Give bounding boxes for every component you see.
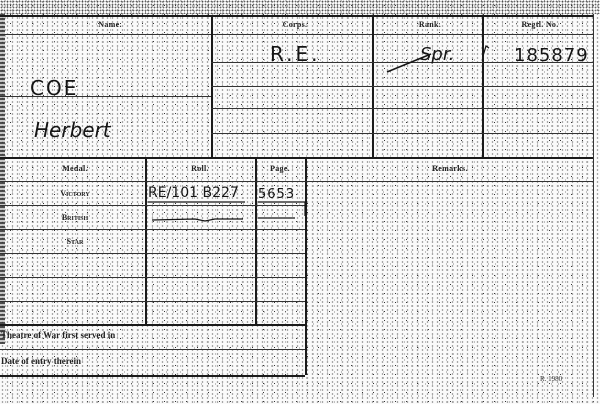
scan-noise-top: [0, 0, 600, 14]
ditto-bracket-strokes: [145, 183, 310, 225]
card-left-edge: [0, 14, 5, 344]
tick-mark-icon: [482, 44, 490, 58]
forename-value: Herbert: [34, 118, 111, 142]
top-border: [0, 15, 594, 17]
medal-row-line-3: [0, 253, 305, 254]
remarks-label: Remarks.: [400, 164, 500, 173]
theatre-label: Theatre of War first served in: [1, 330, 115, 340]
corps-value: R.E.: [270, 42, 321, 66]
date-line: [0, 375, 305, 377]
medal-table-bottom: [0, 324, 305, 326]
section-divider: [0, 157, 594, 159]
medal-british: British: [20, 213, 130, 222]
row-line-2: [211, 86, 593, 87]
surname-value: COE: [30, 76, 78, 100]
regt-no-label: Regtl. No.: [495, 20, 585, 29]
right-border-top: [593, 15, 594, 157]
roll-col-header: Roll.: [160, 164, 240, 173]
medal-star: Star: [20, 237, 130, 246]
medal-row-line-5: [0, 301, 305, 302]
name-label: Name.: [60, 20, 160, 29]
right-border-bottom: [593, 157, 594, 397]
remarks-header-line: [305, 181, 593, 182]
medal-row-line-2: [0, 229, 305, 230]
medal-row-line-4: [0, 277, 305, 278]
regt-no-value: 185879: [514, 45, 589, 66]
medal-index-card: Name. Corps. Rank. Regtl. No. COE Herber…: [0, 0, 600, 404]
corps-label: Corps.: [255, 20, 335, 29]
rank-label: Rank.: [390, 20, 470, 29]
row-line-3: [211, 108, 593, 109]
form-number: R. 1980: [540, 375, 562, 383]
date-of-entry-label: Date of entry therein: [1, 356, 81, 366]
page-col-header: Page.: [257, 164, 303, 173]
rank-strike-stroke: [385, 50, 435, 74]
theatre-line: [0, 349, 305, 350]
row-line-4: [211, 133, 593, 134]
medal-col-header: Medal.: [30, 164, 120, 173]
header-row-divider: [0, 34, 594, 35]
medal-header-line: [0, 181, 305, 182]
medal-victory: Victory: [20, 189, 130, 198]
